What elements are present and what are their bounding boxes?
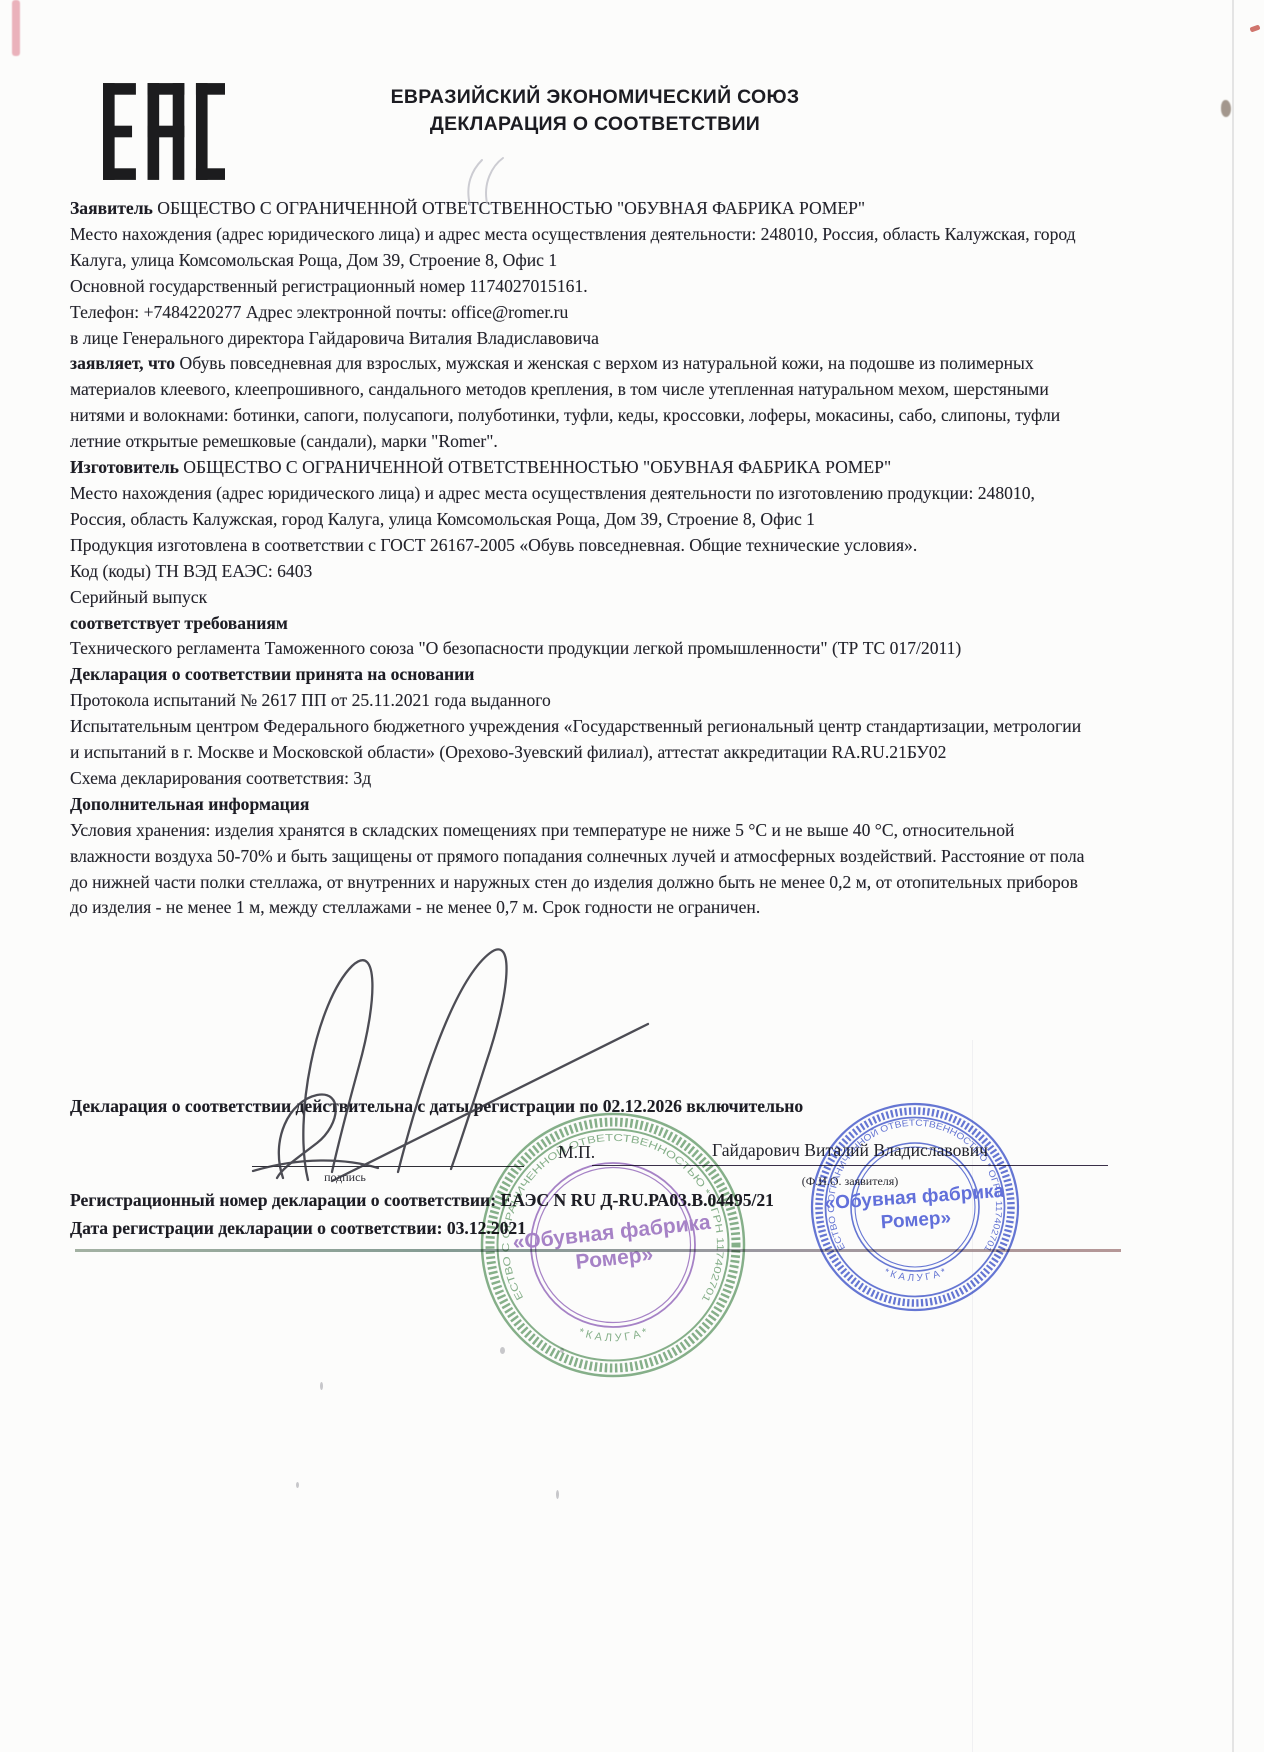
document-paragraph: Основной государственный регистрационный… bbox=[70, 274, 1086, 300]
document-paragraph: соответствует требованиям bbox=[70, 611, 1086, 637]
document-paragraph: в лице Генерального директора Гайдарович… bbox=[70, 326, 1086, 352]
document-paragraph: Серийный выпуск bbox=[70, 585, 1086, 611]
document-paragraphs: Заявитель ОБЩЕСТВО С ОГРАНИЧЕННОЙ ОТВЕТС… bbox=[70, 196, 1086, 921]
scan-pink-streak bbox=[12, 0, 20, 56]
stamp-center-line2: Ромер» bbox=[880, 1208, 952, 1234]
title-line-union: ЕВРАЗИЙСКИЙ ЭКОНОМИЧЕСКИЙ СОЮЗ bbox=[230, 84, 960, 111]
signature-caption: подпись bbox=[300, 1170, 390, 1185]
stamp-bottom-text: * К А Л У Г А * bbox=[577, 1326, 650, 1344]
document-paragraph: Протокола испытаний № 2617 ПП от 25.11.2… bbox=[70, 688, 1086, 714]
document-paragraph: Заявитель ОБЩЕСТВО С ОГРАНИЧЕННОЙ ОТВЕТС… bbox=[70, 196, 1086, 222]
scan-red-mark bbox=[1249, 24, 1260, 32]
document-paragraph: Испытательным центром Федерального бюдже… bbox=[70, 714, 1086, 766]
document-page: ЕВРАЗИЙСКИЙ ЭКОНОМИЧЕСКИЙ СОЮЗ ДЕКЛАРАЦИ… bbox=[0, 0, 1264, 1752]
scan-speck bbox=[320, 1382, 323, 1390]
document-paragraph: Условия хранения: изделия хранятся в скл… bbox=[70, 818, 1086, 922]
document-paragraph: Телефон: +7484220277 Адрес электронной п… bbox=[70, 300, 1086, 326]
document-paragraph: Изготовитель ОБЩЕСТВО С ОГРАНИЧЕННОЙ ОТВ… bbox=[70, 455, 1086, 481]
svg-text:ОБЩЕСТВО С ОГРАНИЧЕННОЙ ОТВЕТС: ОБЩЕСТВО С ОГРАНИЧЕННОЙ ОТВЕТСТВЕННОСТЬЮ… bbox=[473, 1105, 725, 1304]
document-paragraph: Дополнительная информация bbox=[70, 792, 1086, 818]
stamp-center-line2: Ромер» bbox=[575, 1243, 655, 1274]
company-stamp-blue: ОБЩЕСТВО С ОГРАНИЧЕННОЙ ОТВЕТСТВЕННОСТЬЮ… bbox=[805, 1097, 1025, 1322]
document-paragraph: Продукция изготовлена в соответствии с Г… bbox=[70, 533, 1086, 559]
company-stamp-green: ОБЩЕСТВО С ОГРАНИЧЕННОЙ ОТВЕТСТВЕННОСТЬЮ… bbox=[473, 1105, 753, 1390]
document-paragraph: Декларация о соответствии принята на осн… bbox=[70, 662, 1086, 688]
scan-edge-line bbox=[1232, 0, 1234, 1752]
title-line-declaration: ДЕКЛАРАЦИЯ О СООТВЕТСТВИИ bbox=[230, 111, 960, 138]
document-paragraph: Место нахождения (адрес юридического лиц… bbox=[70, 481, 1086, 533]
scan-speck bbox=[556, 1490, 559, 1499]
svg-text:* К А Л У Г А *: * К А Л У Г А * bbox=[882, 1267, 947, 1284]
scan-speck bbox=[296, 1482, 299, 1488]
scan-speck bbox=[1221, 100, 1231, 117]
stamp-ring-text: ОБЩЕСТВО С ОГРАНИЧЕННОЙ ОТВЕТСТВЕННОСТЬЮ… bbox=[473, 1105, 725, 1304]
svg-text:* К А Л У Г А *: * К А Л У Г А * bbox=[577, 1326, 650, 1344]
eac-logo-icon bbox=[103, 83, 225, 185]
document-paragraph: Технического регламента Таможенного союз… bbox=[70, 636, 1086, 662]
document-paragraph: заявляет, что Обувь повседневная для взр… bbox=[70, 351, 1086, 455]
document-paragraph: Схема декларирования соответствия: 3д bbox=[70, 766, 1086, 792]
document-paragraph: Код (коды) ТН ВЭД ЕАЭС: 6403 bbox=[70, 559, 1086, 585]
stamp-bottom-text: * К А Л У Г А * bbox=[882, 1267, 947, 1284]
document-title: ЕВРАЗИЙСКИЙ ЭКОНОМИЧЕСКИЙ СОЮЗ ДЕКЛАРАЦИ… bbox=[230, 84, 960, 138]
document-paragraph: Место нахождения (адрес юридического лиц… bbox=[70, 222, 1086, 274]
